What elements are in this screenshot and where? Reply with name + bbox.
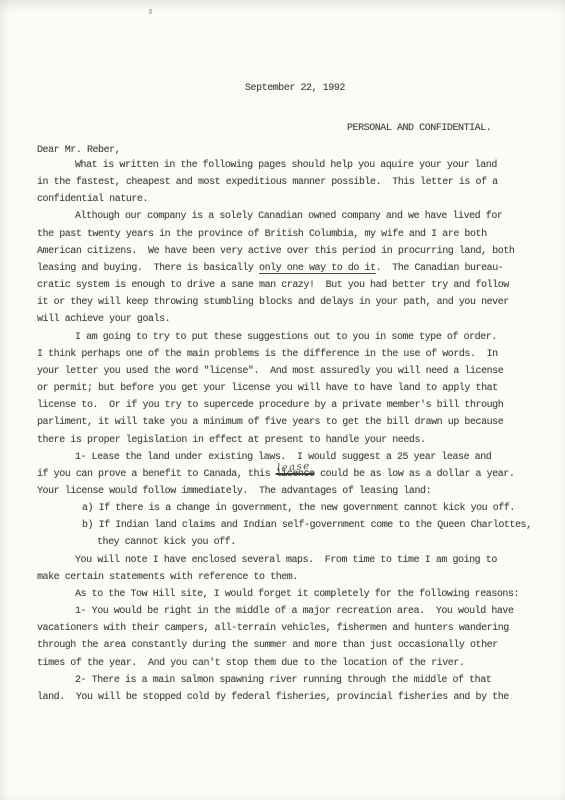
letter-line: leasing and buying. There is basically o… [37,260,542,277]
letter-line: Your license would follow immediately. T… [37,483,542,500]
classification-label: PERSONAL AND CONFIDENTIAL. [347,120,491,137]
letter-line: a) If there is a change in government, t… [37,500,542,517]
letter-line: if you can prove a benefit to Canada, th… [37,466,542,483]
letter-line: What is written in the following pages s… [37,157,542,174]
letter-line: Although our company is a solely Canadia… [37,208,542,225]
letter-line: parliment, it will take you a minimum of… [37,414,542,431]
letter-line: b) If Indian land claims and Indian self… [37,517,542,534]
letter-line: in the fastest, cheapest and most expedi… [37,174,542,191]
letter-line: will achieve your goals. [37,311,542,328]
letter-line: 1- You would be right in the middle of a… [37,603,542,620]
handwritten-correction: lease [276,458,311,477]
letter-line: license to. Or if you try to supercede p… [37,397,542,414]
letter-line: the past twenty years in the province of… [37,226,542,243]
letter-body: What is written in the following pages s… [37,157,542,706]
letter-line: I am going to try to put these suggestio… [37,329,542,346]
letter-line: 2- There is a main salmon spawning river… [37,672,542,689]
letter-line: vacationers with their campers, all-terr… [37,620,542,637]
scanned-letter-page: September 22, 1992 PERSONAL AND CONFIDEN… [0,0,565,800]
letter-line: times of the year. And you can't stop th… [37,655,542,672]
letter-line: your letter you used the word "license".… [37,363,542,380]
letter-line: through the area constantly during the s… [37,637,542,654]
letter-line: land. You will be stopped cold by federa… [37,689,542,706]
letter-line: As to the Tow Hill site, I would forget … [37,586,542,603]
letter-line: confidential nature. [37,191,542,208]
letter-line: they cannot kick you off. [37,534,542,551]
letter-line: it or they will keep throwing stumbling … [37,294,542,311]
letter-line: cratic system is enough to drive a sane … [37,277,542,294]
letter-line: You will note I have enclosed several ma… [37,552,542,569]
letter-line: American citizens. We have been very act… [37,243,542,260]
letter-line: I think perhaps one of the main problems… [37,346,542,363]
letter-line: make certain statements with reference t… [37,569,542,586]
letter-line: there is proper legislation in effect at… [37,432,542,449]
letter-line: or permit; but before you get your licen… [37,380,542,397]
letter-date: September 22, 1992 [245,80,345,97]
scan-artifact [149,9,152,14]
